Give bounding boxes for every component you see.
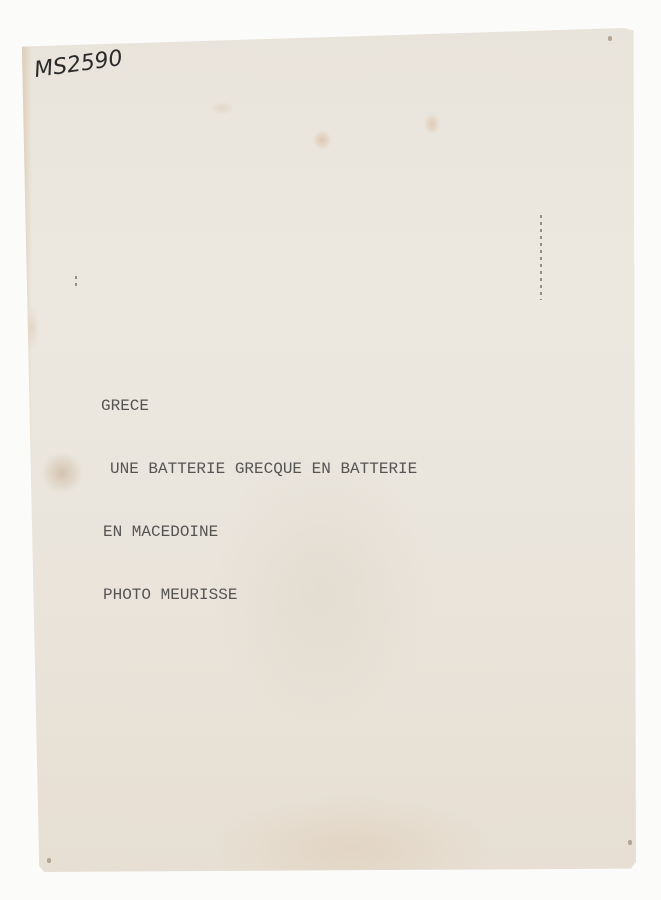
corner-mark (608, 36, 612, 41)
caption-line-title: UNE BATTERIE GRECQUE EN BATTERIE (101, 459, 417, 480)
corner-mark (47, 858, 51, 863)
caption-line-credit: PHOTO MEURISSE (101, 585, 417, 606)
caption-line-location: EN MACEDOINE (101, 522, 417, 543)
pencil-mark (75, 276, 77, 290)
corner-mark (628, 840, 632, 845)
scanned-photo-verso: MS2590 GRECE UNE BATTERIE GRECQUE EN BAT… (0, 0, 661, 900)
pencil-mark (540, 215, 542, 300)
typed-caption: GRECE UNE BATTERIE GRECQUE EN BATTERIE E… (101, 354, 417, 648)
caption-line-country: GRECE (101, 396, 417, 417)
